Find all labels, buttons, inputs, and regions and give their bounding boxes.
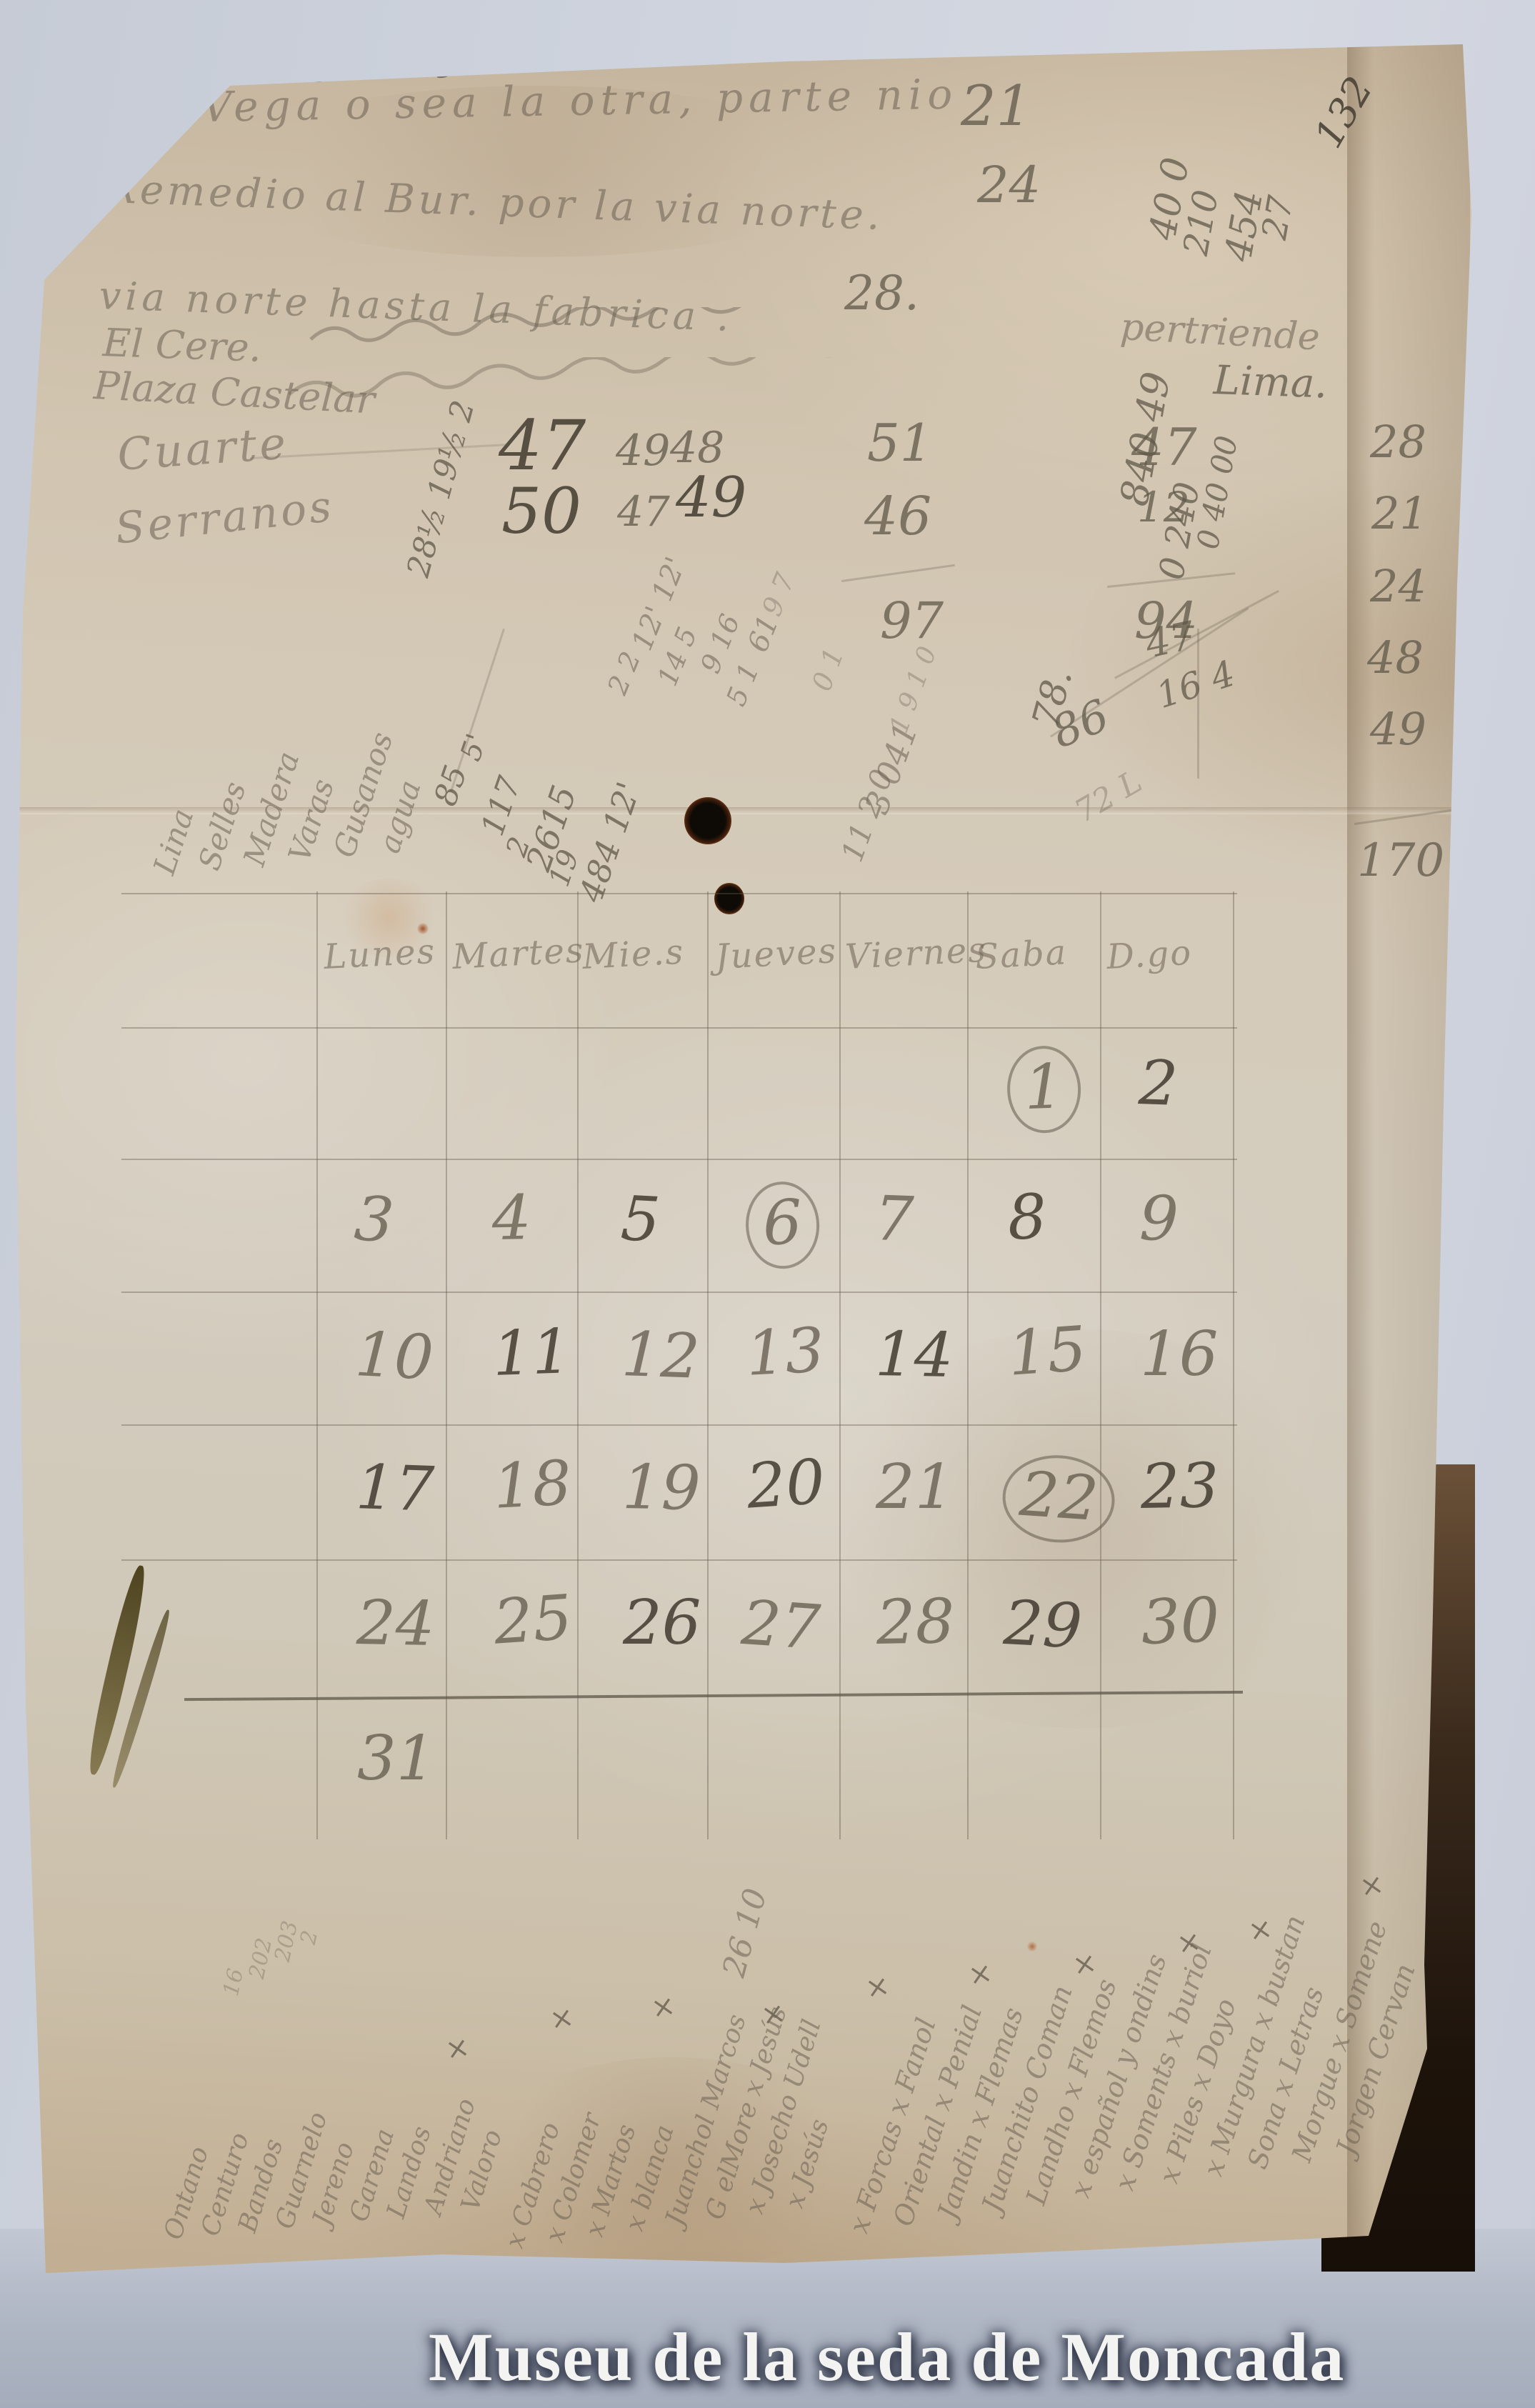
grid-hline — [121, 1292, 1237, 1293]
tally-x14: 9 7 — [756, 569, 801, 621]
calendar-date-31: 31 — [357, 1723, 435, 1794]
rotated-word: Lina — [146, 804, 200, 879]
grid-hline — [121, 1027, 1237, 1029]
grid-vline — [316, 891, 318, 1839]
grid-hline — [121, 1559, 1237, 1561]
small-rotated-number: 2 — [296, 1928, 323, 1947]
note-line-l2n: 21 — [961, 74, 1031, 139]
calendar-date-10: 10 — [354, 1319, 436, 1394]
illegible-scrawl — [286, 357, 1171, 414]
note-line-l2: Vega o sea la otra, parte nio — [201, 70, 959, 131]
small-rotated-number: 16 — [219, 1967, 249, 1999]
day-header-dgo: D.go — [1106, 933, 1193, 977]
calendar-date-23: 23 — [1140, 1450, 1219, 1523]
tally-x16: 1 9 1 0 — [884, 643, 943, 737]
grid-vline — [1233, 891, 1234, 1839]
day-header-lunes: Lunes — [323, 931, 436, 977]
calendar-date-25: 25 — [491, 1582, 574, 1658]
calendar-date-20: 20 — [744, 1446, 827, 1522]
note-line-l1: grau y cabañal — [309, 24, 671, 84]
grid-vline — [967, 891, 969, 1839]
calendar-date-15: 15 — [1006, 1313, 1089, 1389]
note-line-l5b: pertriende — [1119, 306, 1321, 359]
day-header-viernes: Viernes — [844, 930, 988, 977]
rotated-number: 85 — [427, 761, 474, 811]
tally-t2r: 28½ 19½ 2 — [400, 396, 482, 581]
tally-rc1: 24 — [1370, 560, 1426, 612]
day-header-saba: Saba — [974, 932, 1069, 977]
day-header-martes: Martes — [451, 930, 586, 977]
tally-rtot: 170 — [1357, 834, 1444, 887]
grid-vline — [707, 891, 709, 1839]
tally-t21: 50 — [501, 474, 581, 548]
calendar-date-24: 24 — [356, 1587, 435, 1660]
grid-vline — [446, 891, 447, 1839]
burn-hole-large — [684, 797, 731, 844]
museum-caption: Museu de la seda de Moncada — [429, 2317, 1345, 2397]
tally-x8: 2 2 — [601, 647, 646, 699]
tally-x13: 72 L — [1069, 763, 1148, 830]
pencil-stroke — [1197, 629, 1199, 779]
calendar-date-8: 8 — [1006, 1181, 1049, 1254]
photo-scene: grau y cabañalVega o sea la otra, parte … — [0, 0, 1535, 2408]
calendar-date-9: 9 — [1139, 1183, 1179, 1255]
pencil-stroke — [841, 564, 955, 582]
tally-t14: 51 — [867, 413, 933, 473]
note-line-l4n: 28. — [844, 266, 919, 321]
burn-hole-small — [714, 883, 744, 914]
x-mark: × — [966, 1956, 995, 1992]
calendar-date-18: 18 — [491, 1447, 574, 1523]
tally-t24: 46 — [864, 486, 931, 547]
rotated-number: 26 10 — [716, 1884, 774, 1981]
grid-vline — [839, 891, 841, 1839]
x-mark: × — [547, 2000, 576, 2037]
rotated-number: 117 — [474, 772, 529, 841]
grid-hline — [121, 1424, 1237, 1426]
calendar-date-27: 27 — [739, 1587, 822, 1664]
calendar-date-29: 29 — [1002, 1587, 1084, 1663]
tally-s1: 97 — [880, 591, 944, 650]
tally-t22: 47 — [617, 487, 670, 536]
tally-tl2: Serranos — [113, 481, 336, 554]
rust-speck — [1027, 1942, 1037, 1952]
note-line-l6b: Lima. — [1213, 357, 1329, 408]
tally-t16: 28 — [1370, 416, 1426, 468]
grid-vline — [1100, 891, 1101, 1839]
tally-rc3: 49 — [1370, 703, 1426, 755]
calendar-date-12: 12 — [621, 1319, 701, 1393]
tally-t23: 49 — [676, 466, 746, 530]
calendar-date-30: 30 — [1140, 1584, 1221, 1659]
manuscript-paper: grau y cabañalVega o sea la otra, parte … — [0, 0, 1535, 2408]
calendar-date-7: 7 — [874, 1183, 915, 1256]
note-line-l5: El Cere. — [102, 320, 262, 371]
day-header-mies: Mie.s — [581, 932, 686, 977]
calendar-date-4: 4 — [491, 1182, 531, 1254]
x-mark: × — [863, 1969, 892, 2005]
calendar-date-28: 28 — [876, 1586, 955, 1659]
tally-x15: 0 1 — [806, 644, 850, 695]
calendar-date-3: 3 — [352, 1183, 396, 1257]
calendar-date-11: 11 — [491, 1316, 572, 1390]
calendar-date-13: 13 — [744, 1314, 826, 1390]
tally-rc2: 48 — [1367, 631, 1424, 684]
dark-smudge — [84, 1564, 151, 1777]
x-mark: × — [443, 2030, 472, 2067]
calendar-date-26: 26 — [623, 1587, 701, 1659]
rotated-calc: 27 — [1254, 193, 1301, 243]
x-mark: × — [649, 1989, 678, 2025]
grid-vline — [577, 891, 579, 1839]
calendar-date-14: 14 — [874, 1319, 954, 1392]
tally-tl1: Cuarte — [116, 416, 290, 481]
calendar-date-6: 6 — [744, 1180, 821, 1270]
calendar-date-16: 16 — [1140, 1319, 1218, 1390]
calendar-date-2: 2 — [1138, 1047, 1179, 1120]
tally-t26: 21 — [1371, 487, 1428, 539]
calendar-date-1: 1 — [1006, 1044, 1082, 1134]
grid-hline — [121, 893, 1237, 894]
day-header-jueves: Jueves — [714, 931, 838, 977]
note-line-l3n: 24 — [977, 156, 1041, 214]
calendar-date-21: 21 — [876, 1452, 954, 1523]
tally-t12: 49 — [616, 426, 670, 476]
calendar-date-5: 5 — [619, 1183, 662, 1257]
calendar-date-19: 19 — [621, 1452, 701, 1524]
calendar-date-17: 17 — [355, 1452, 436, 1526]
grid-hline — [121, 1159, 1237, 1160]
